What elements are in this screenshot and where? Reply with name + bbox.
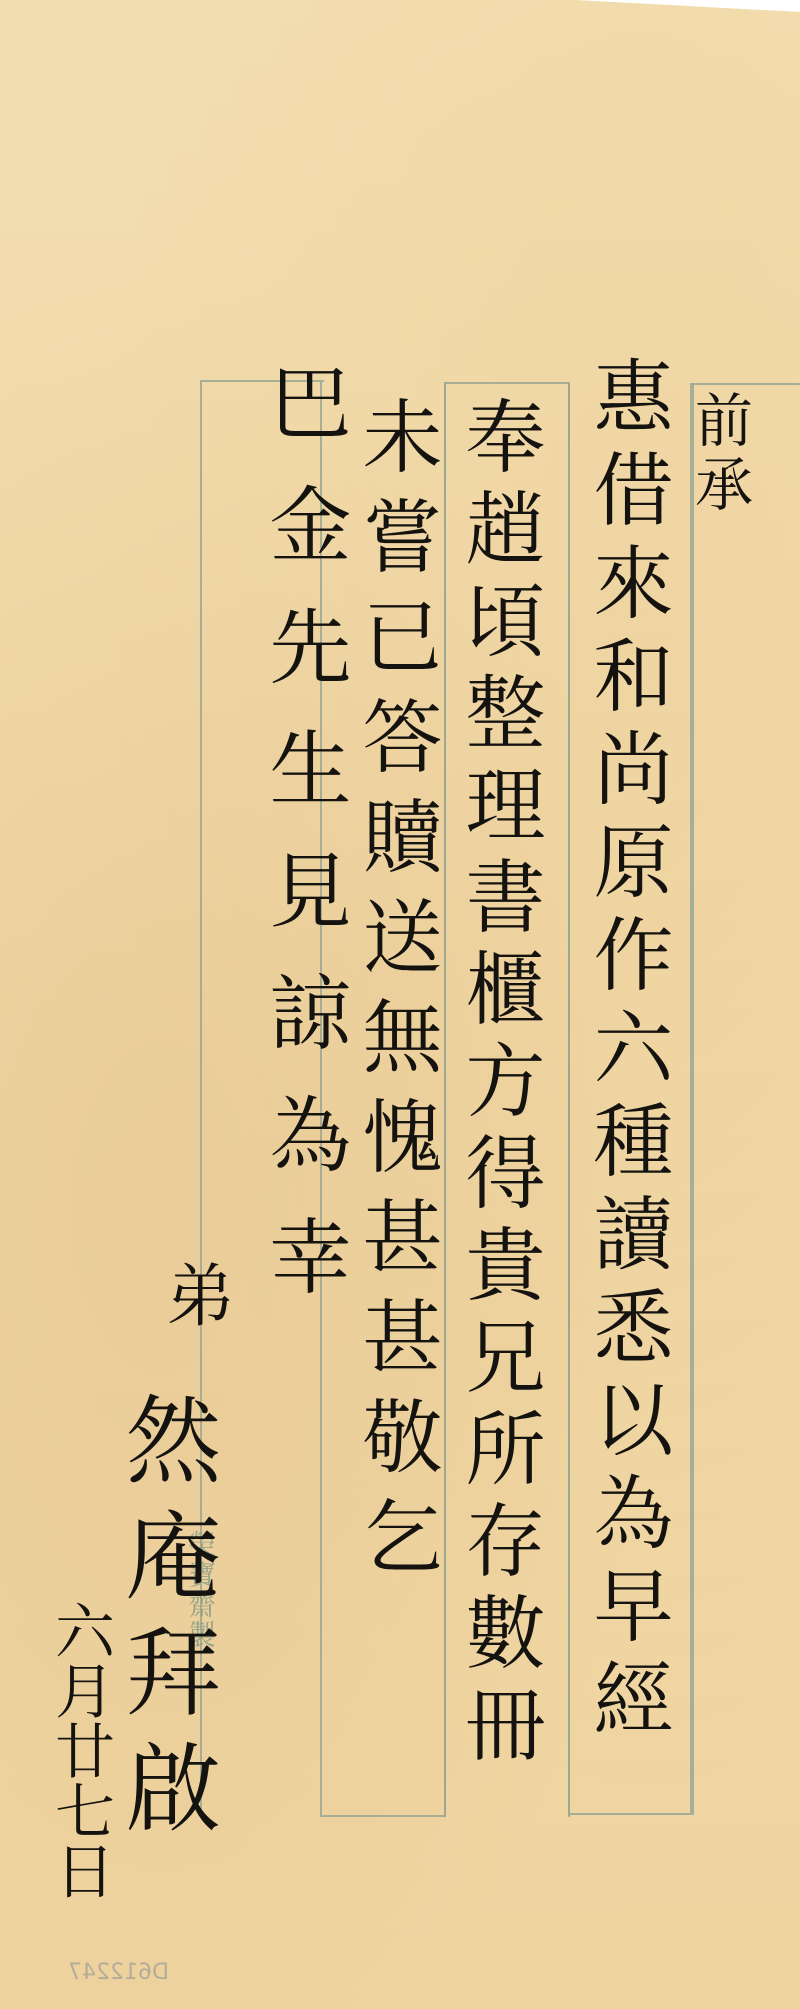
letter-column-1: 前承 bbox=[690, 390, 748, 518]
signature: 然庵拜啟 bbox=[118, 1390, 214, 1854]
frame-box-right-column bbox=[692, 383, 800, 385]
letter-column-6: 弟 bbox=[160, 1260, 228, 1338]
archive-number: D612247 bbox=[68, 1960, 169, 1985]
letter-column-2: 惠借來和尚原作六種讀悉以為早經 bbox=[586, 355, 666, 1750]
frame-line bbox=[692, 383, 694, 1815]
letter-column-4: 未嘗已答贖送無愧甚甚敬乞 bbox=[355, 395, 435, 1595]
date-line: 六月廿七日 bbox=[50, 1600, 110, 1900]
letter-column-5: 巴金先生見諒為幸 bbox=[262, 360, 344, 1336]
letter-column-3: 奉趙頃整理書櫃方得貴兄所存數冊 bbox=[458, 395, 538, 1775]
